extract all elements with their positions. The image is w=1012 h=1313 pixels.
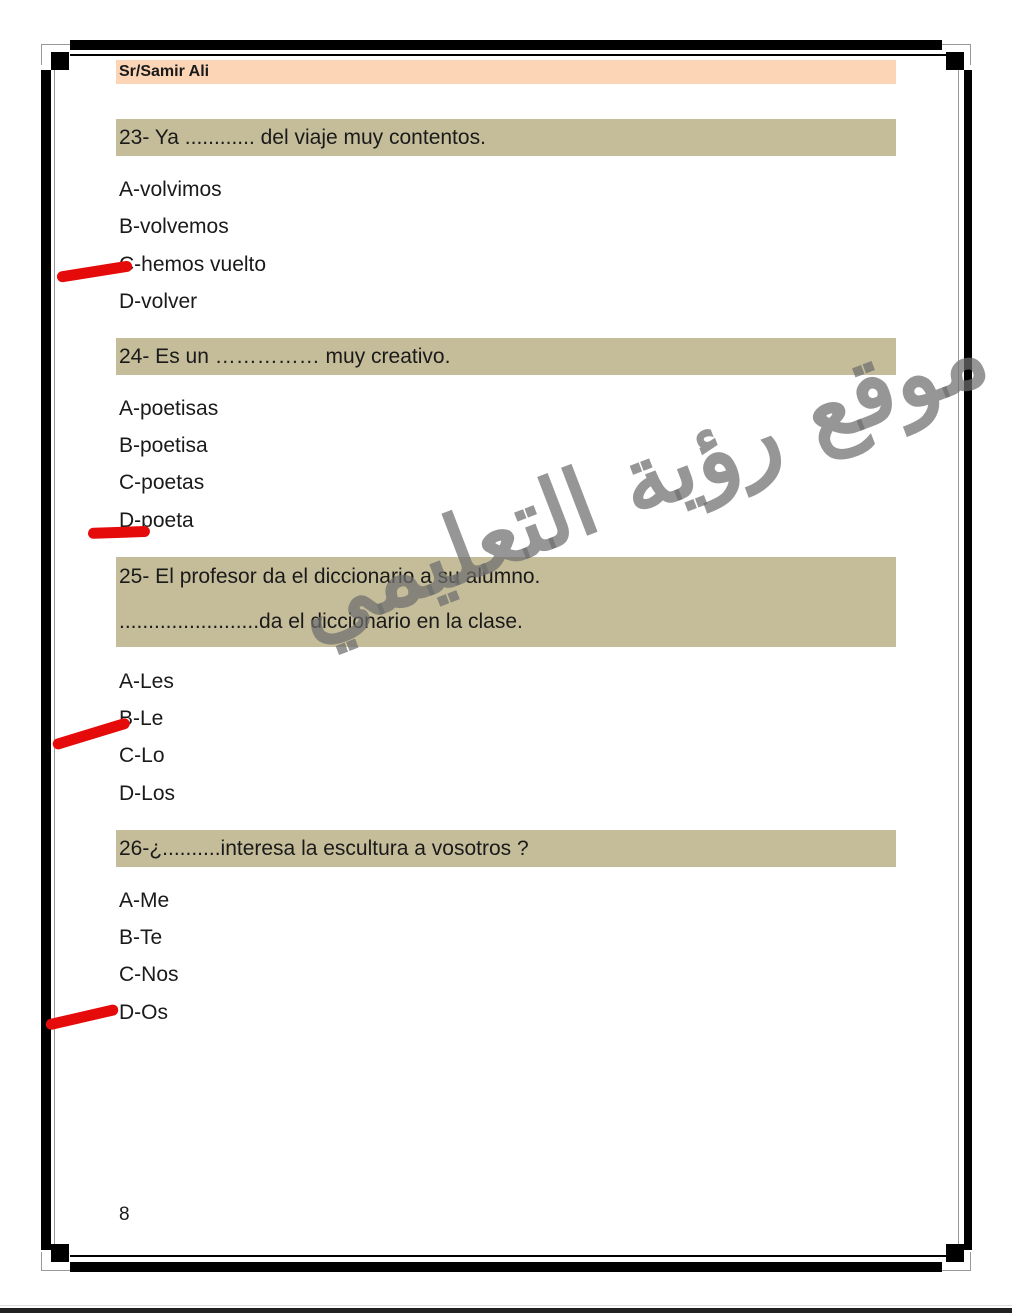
option-a: A-volvimos bbox=[119, 177, 222, 203]
option-c: C-poetas bbox=[119, 470, 204, 496]
screen-bottom-bar bbox=[0, 1308, 1012, 1313]
option-a: A-poetisas bbox=[119, 396, 218, 422]
border-corner-outline bbox=[41, 44, 70, 65]
author-header: Sr/Samir Ali bbox=[116, 60, 896, 84]
answer-mark bbox=[88, 526, 150, 539]
option-b: B-Te bbox=[119, 925, 162, 951]
question-26: 26-¿..........interesa la escultura a vo… bbox=[116, 830, 896, 867]
question-text: 26-¿..........interesa la escultura a vo… bbox=[119, 830, 896, 867]
border-corner-outline bbox=[41, 1252, 70, 1271]
option-a: A-Me bbox=[119, 888, 169, 914]
option-b: B-volvemos bbox=[119, 214, 229, 240]
border-corner-outline bbox=[942, 1252, 971, 1271]
option-a: A-Les bbox=[119, 669, 174, 695]
page-border-right-inner bbox=[958, 58, 959, 1258]
option-c: C-hemos vuelto bbox=[119, 252, 266, 278]
option-c: C-Lo bbox=[119, 743, 165, 769]
page-border-left bbox=[41, 70, 51, 1250]
answer-mark bbox=[45, 1003, 120, 1030]
option-d: D-Os bbox=[119, 1000, 168, 1026]
page-border-top bbox=[70, 40, 942, 50]
page-number: 8 bbox=[119, 1204, 130, 1226]
page-border-bottom-inner bbox=[70, 1255, 950, 1257]
question-23: 23- Ya ............ del viaje muy conten… bbox=[116, 119, 896, 156]
question-text-line-2: ........................da el diccionari… bbox=[119, 602, 896, 647]
page-border-top-inner bbox=[70, 54, 950, 56]
option-d: D-Los bbox=[119, 781, 175, 807]
border-corner-outline bbox=[942, 44, 971, 65]
answer-mark bbox=[56, 260, 133, 283]
option-d: D-volver bbox=[119, 289, 197, 315]
divider bbox=[0, 1305, 1012, 1306]
option-b: B-poetisa bbox=[119, 433, 208, 459]
option-c: C-Nos bbox=[119, 962, 179, 988]
page-border-left-inner bbox=[54, 60, 55, 1260]
page-border-bottom bbox=[70, 1262, 942, 1272]
question-text: 23- Ya ............ del viaje muy conten… bbox=[119, 119, 896, 156]
page-border-right bbox=[964, 70, 972, 1250]
